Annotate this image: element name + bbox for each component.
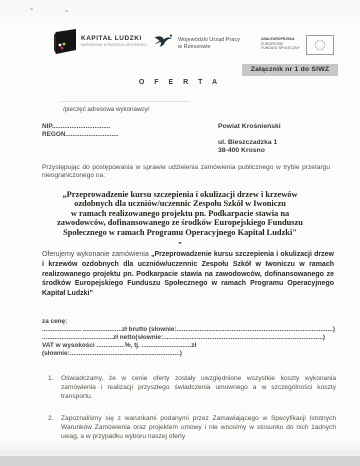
nip-field: NIP................................. — [42, 123, 110, 130]
tender-title-line: Społecznego w ramach Programu Operacyjne… — [30, 228, 330, 237]
tender-title-line: ozdobnych dla uczniów/uczennic Zespołu S… — [30, 199, 330, 208]
list-item: 1. Oświadczamy, że w cenie oferty został… — [48, 374, 336, 402]
tender-title-line: w ramach realizowanego projektu pn. Podk… — [30, 209, 330, 218]
tender-title: „Przeprowadzenie kursu szczepienia i oku… — [30, 190, 330, 245]
eu-line3: FUNDUSZ SPOŁECZNY — [261, 46, 300, 51]
offer-prefix: Oferujemy wykonanie zamówienia — [42, 251, 151, 258]
page-bottom-shadow — [0, 448, 360, 456]
tender-title-trailing-quote: „ — [30, 237, 330, 245]
wup-rzeszow-logo: Wojewódzki Urząd Pracy w Rzeszowie — [153, 33, 240, 54]
buyer-name: Powiat Krośnieński — [218, 123, 281, 130]
stamp-dotted-line: ........................................… — [60, 98, 190, 105]
list-item-text: Zapoznaliśmy się z warunkami podanymi pr… — [61, 414, 336, 442]
list-item-number: 1. — [48, 374, 61, 402]
scan-bottom-band — [0, 456, 360, 466]
kapital-ludzki-subtitle: NARODOWA STRATEGIA SPÓJNOŚCI — [81, 43, 147, 48]
kapital-ludzki-flag-icon — [54, 29, 76, 60]
stamp-caption: /pieczęć adresowa wykonawcy/ — [63, 106, 149, 113]
tender-title-line: „Przeprowadzenie kursu szczepienia i oku… — [30, 190, 330, 199]
wup-line1: Wojewódzki Urząd Pracy — [178, 37, 240, 44]
scan-speck — [30, 8, 33, 10]
declarations-list: 1. Oświadczamy, że w cenie oferty został… — [48, 374, 336, 453]
price-heading: za cenę: — [42, 318, 338, 326]
list-item: 2. Zapoznaliśmy się z warunkami podanymi… — [48, 414, 336, 442]
page-title: O F E R T A — [0, 79, 360, 86]
regon-field: REGON.............................. — [42, 131, 119, 138]
list-item-text: Oświadczamy, że w cenie oferty zostały u… — [61, 374, 336, 402]
price-section: za cenę: ...................... ........… — [42, 318, 338, 358]
kapital-ludzki-name: KAPITAŁ LUDZKI — [81, 35, 147, 43]
swallow-bird-icon — [153, 33, 173, 54]
list-item-number: 2. — [48, 414, 61, 442]
price-slownie-line: (słownie:...............................… — [42, 350, 338, 358]
offer-paragraph: Oferujemy wykonanie zamówienia „Przeprow… — [42, 250, 334, 299]
tender-title-line: zawodowców, dofinansowanego ze środków E… — [30, 218, 330, 227]
price-vat-line: VAT w wysokości ................%, tj. .… — [42, 342, 338, 350]
kapital-ludzki-logo: KAPITAŁ LUDZKI NARODOWA STRATEGIA SPÓJNO… — [54, 29, 147, 60]
price-brutto-line: ...................... .................… — [42, 326, 338, 334]
eu-esf-logo: UNIA EUROPEJSKA EUROPEJSKI FUNDUSZ SPOŁE… — [261, 35, 334, 55]
buyer-city: 38-400 Krosno — [218, 147, 277, 155]
eu-line1: UNIA EUROPEJSKA — [261, 37, 300, 42]
scan-speck — [65, 10, 68, 12]
intro-paragraph: Przystępując do postępowania w sprawie u… — [42, 164, 330, 179]
buyer-address: ul. Bieszczadzka 1 38-400 Krosno — [218, 139, 277, 156]
eu-flag-icon — [306, 35, 334, 55]
buyer-street: ul. Bieszczadzka 1 — [218, 139, 277, 147]
wup-line2: w Rzeszowie — [178, 44, 240, 51]
document-page: KAPITAŁ LUDZKI NARODOWA STRATEGIA SPÓJNO… — [0, 0, 360, 466]
attachment-label: Załącznik nr 1 do SIWZ — [242, 64, 338, 76]
price-netto-line: ........................................… — [42, 334, 338, 342]
